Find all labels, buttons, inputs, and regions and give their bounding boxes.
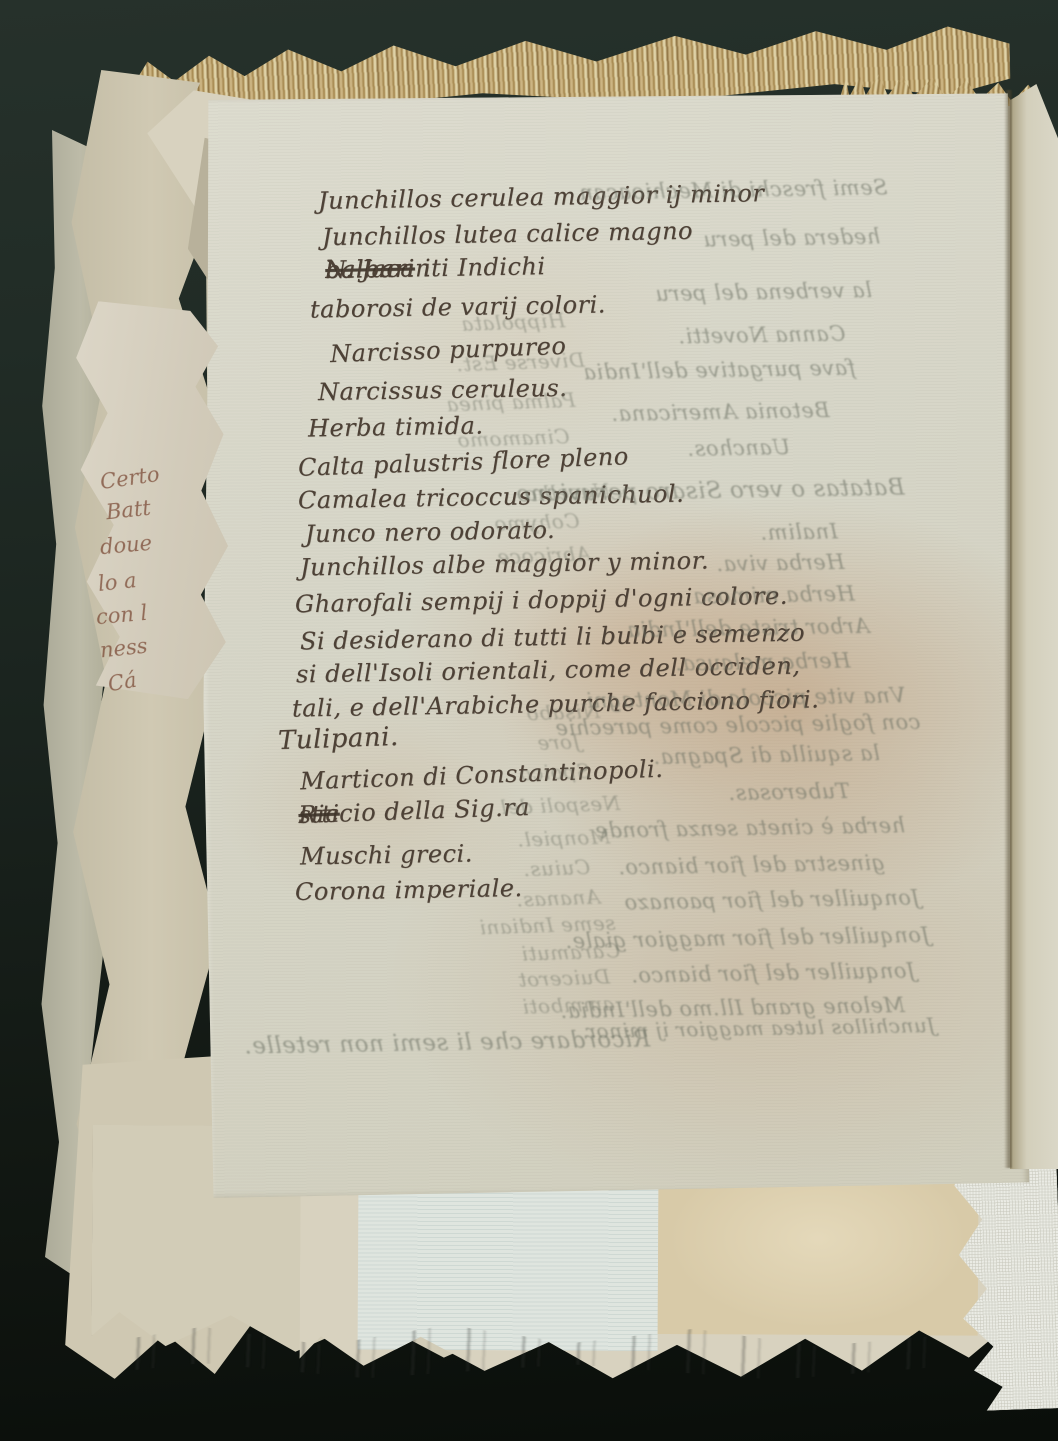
facing-page-edge	[1010, 84, 1058, 1169]
gutter-shadow	[1004, 90, 1012, 1168]
tan-vellum-patch	[658, 1174, 979, 1336]
manuscript-page	[196, 90, 1029, 1198]
pale-blue-paper-patch	[358, 1184, 659, 1351]
photograph-of-open-manuscript-book: Junchillos cerulea maggior ij minorJunch…	[0, 0, 1058, 1441]
